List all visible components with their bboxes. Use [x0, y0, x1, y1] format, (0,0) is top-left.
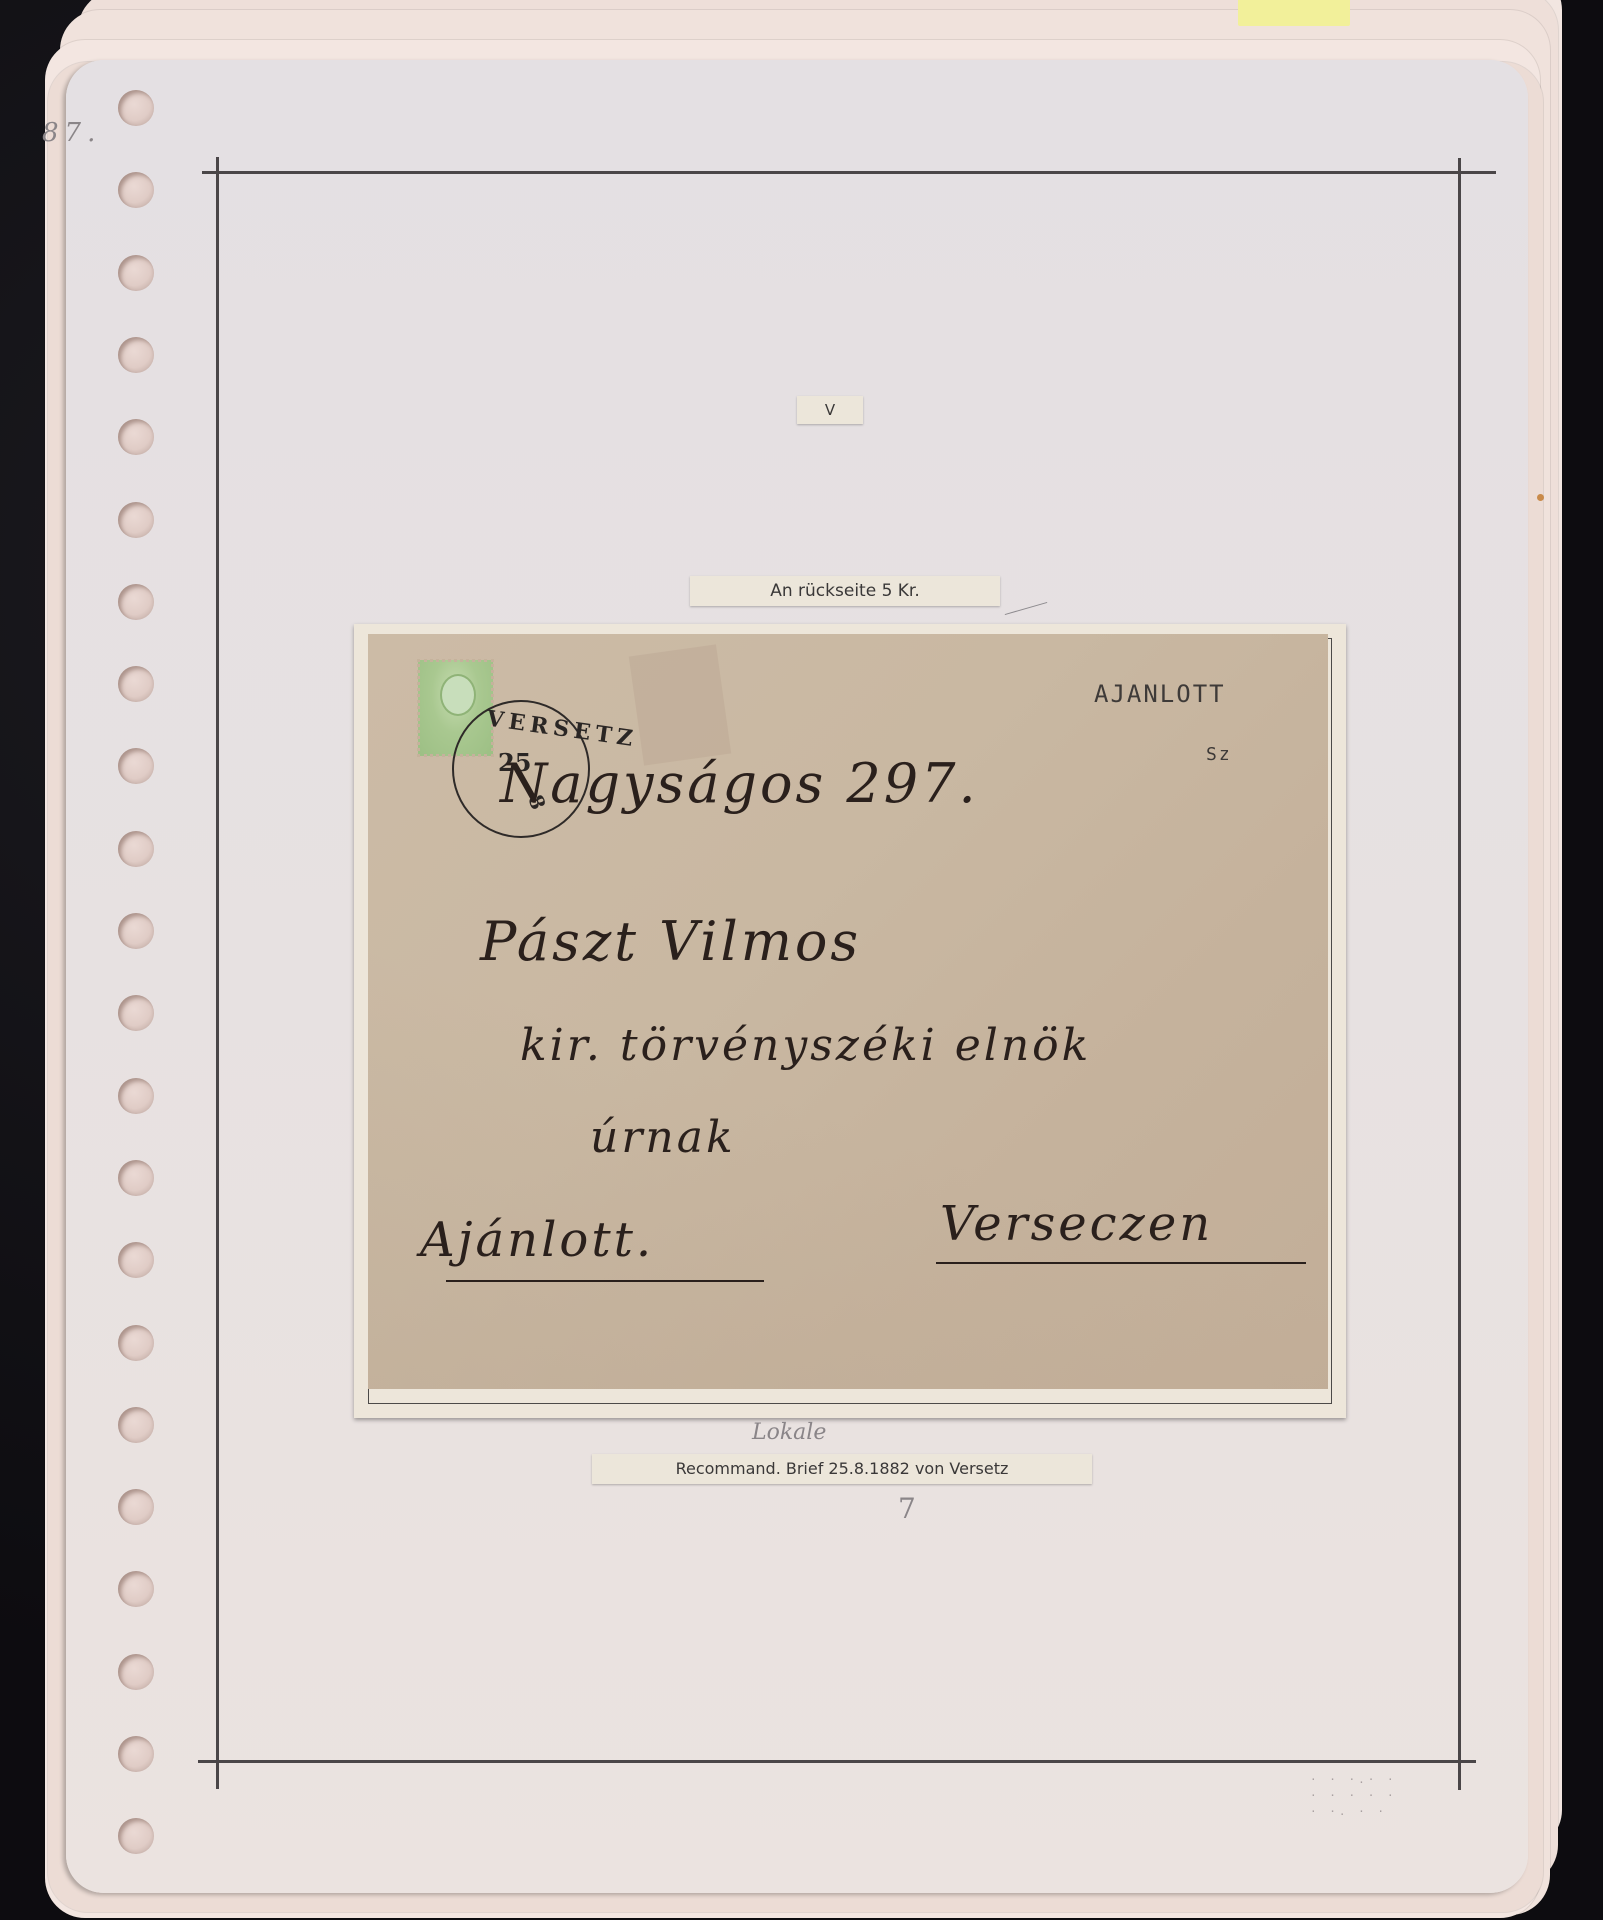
pencil-note-lokale: Lokale: [752, 1420, 826, 1445]
ring-hole: [118, 337, 154, 373]
address-line-2: Pászt Vilmos: [480, 910, 861, 973]
section-label: V: [797, 396, 863, 424]
ring-hole: [118, 831, 154, 867]
address-underline: [936, 1262, 1306, 1264]
frame-top-line: [202, 171, 1496, 174]
faint-imprint: · · ·.· · · · · · ·· ·. · ·: [1310, 1772, 1397, 1820]
ring-hole: [118, 584, 154, 620]
frame-left-line: [216, 157, 219, 1789]
ring-hole: [118, 502, 154, 538]
ring-hole: [118, 90, 154, 126]
reverse-note-label: An rückseite 5 Kr.: [690, 576, 1000, 606]
ring-hole: [118, 913, 154, 949]
ring-hole: [118, 419, 154, 455]
page-number-pencil: 87.: [42, 118, 101, 148]
ring-hole: [118, 1078, 154, 1114]
ring-hole: [118, 1160, 154, 1196]
ring-hole: [118, 1407, 154, 1443]
ring-hole: [118, 1654, 154, 1690]
cachet-suffix: Sz: [1206, 744, 1232, 765]
caption-label: Recommand. Brief 25.8.1882 von Versetz: [592, 1454, 1092, 1484]
foxing-spot: [1537, 494, 1544, 501]
registration-cachet: AJANLOTT: [1094, 680, 1226, 708]
ring-hole: [118, 1489, 154, 1525]
pencil-note-number: 7: [898, 1492, 916, 1525]
ring-hole: [118, 1242, 154, 1278]
address-line-4: úrnak: [590, 1112, 736, 1163]
ring-hole: [118, 255, 154, 291]
address-line-1: Nagyságos 297.: [500, 752, 979, 815]
ring-hole: [118, 1736, 154, 1772]
frame-right-line: [1458, 158, 1461, 1790]
stamp-portrait: [440, 674, 476, 716]
frame-bottom-line: [198, 1760, 1476, 1763]
ring-hole: [118, 1325, 154, 1361]
address-line-3: kir. törvényszéki elnök: [520, 1020, 1091, 1071]
sticky-note-tab[interactable]: [1238, 0, 1350, 26]
ring-hole: [118, 666, 154, 702]
registration-handwritten: Ajánlott.: [420, 1212, 654, 1268]
hinge-tape: [629, 644, 731, 765]
registration-underline: [446, 1280, 764, 1282]
address-line-5: Verseczen: [940, 1196, 1213, 1252]
